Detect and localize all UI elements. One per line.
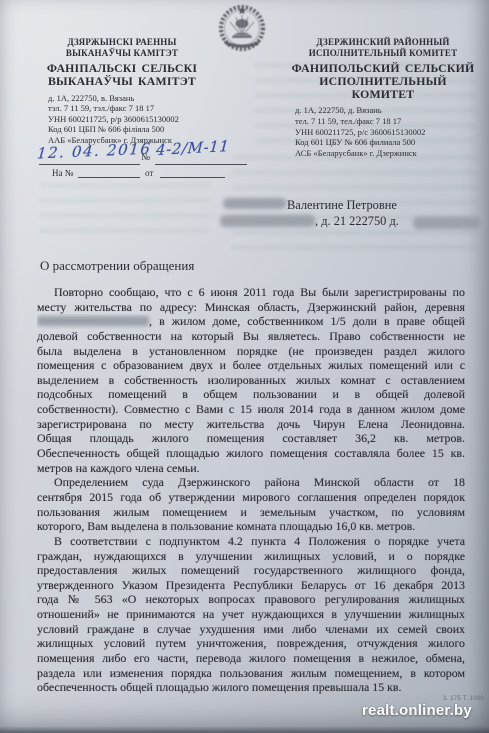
body-line: обеспеченность общей площадью жилого пом… <box>37 680 465 695</box>
body-line: метров на каждого члена семьи. <box>37 461 465 476</box>
body-line: долевой собственности на который Вы явля… <box>37 329 465 344</box>
body-line: жилищных условий путем уничтожения, повр… <box>37 636 465 651</box>
watermark: realt.onliner.by <box>362 702 472 719</box>
body-line: выделением в собственность изолированных… <box>37 373 465 388</box>
scanned-letter: ДЗЯРЖЫНСКІ РАЕННЫ ВЫКАНАЎЧЫ КАМІТЭТ ФАНІ… <box>0 0 489 733</box>
belarus-coat-of-arms-icon <box>217 2 267 52</box>
body-line: зарегистрирована по месту жительства доч… <box>37 417 465 432</box>
body-line: пользования жилым помещением и земельным… <box>37 505 465 520</box>
date-blank-line <box>39 164 140 165</box>
subject-line: О рассмотрении обращения <box>40 258 194 274</box>
district-name-line: ДЗЯРЖЫНСКІ РАЕННЫ <box>34 37 210 48</box>
redaction-blur <box>223 198 286 209</box>
body-line: раздела или изменения порядка пользовани… <box>37 666 465 681</box>
paragraph: Определением суда Дзержинского района Ми… <box>37 475 465 534</box>
district-name-line: ВЫКАНАЎЧЫ КАМІТЭТ <box>34 48 210 59</box>
redaction-blur <box>413 217 481 229</box>
org-name-line: ФАНІПАЛЬСКІ СЕЛЬСКІ <box>34 62 210 75</box>
body-line: месту жительства по адресу: Минская обла… <box>37 300 465 315</box>
body-line: года № 563 «О некоторых вопросах правово… <box>37 592 465 607</box>
address-line: Код 601 ЦБУ № 606 филиала 500 <box>295 137 480 148</box>
body-line: В соответствии с подпунктом 4.2 пункта 4… <box>37 534 465 549</box>
number-blank-line <box>155 164 247 165</box>
body-line: Общая площадь жилого помещения составляе… <box>37 431 465 446</box>
body-line: предоставления жилых помещений государст… <box>37 563 465 578</box>
addressee-address: , д. 21 222750 д. <box>315 214 399 229</box>
address-line: АСБ «Беларусбанк» г. Дзержинск <box>295 148 480 159</box>
redaction-blur <box>220 215 315 227</box>
body-line: утвержденного Указом Президента Республи… <box>37 578 465 593</box>
reply-to-label: На № <box>52 168 73 178</box>
body-line: Определением суда Дзержинского района Ми… <box>37 475 465 490</box>
body-line: Обеспеченность общей площадью жилого пом… <box>37 446 465 461</box>
body-line: , в жилом доме, собственником 1/5 доли в… <box>37 314 465 329</box>
address-line: УНН 600211725, р/с 3600615130002 <box>295 127 480 138</box>
address-line: тэл. 7 11 59, тэл./факс 7 18 17 <box>48 103 210 114</box>
body-line: собственности). Совместно с Вами с 15 ию… <box>37 402 465 417</box>
from-label: от <box>145 168 153 178</box>
body-line: помещения с образованием двух и более от… <box>37 358 465 373</box>
letterhead-left: ДЗЯРЖЫНСКІ РАЕННЫ ВЫКАНАЎЧЫ КАМІТЭТ ФАНІ… <box>34 37 210 146</box>
body-line: подсобных помещений в общем пользовании … <box>37 387 465 402</box>
addressee-name: Валентине Петровне <box>287 198 397 213</box>
letter-body: Повторно сообщаю, что с 6 июня 2011 года… <box>37 285 465 695</box>
number-sign: № <box>141 153 150 163</box>
handwritten-date: 12. 04. 2016 <box>36 139 152 162</box>
address-line: д. 1А, 222750, в. Вязань <box>48 93 210 104</box>
address-line: Код 601 ЦБП № 606 філіяла 500 <box>48 124 210 135</box>
redaction-blur <box>37 316 149 326</box>
org-name-line: ВЫКАНАЎЧЫ КАМІТЭТ <box>34 75 210 88</box>
address-line: УНН 600211725, р/р 3600615130002 <box>48 114 210 125</box>
body-line: Повторно сообщаю, что с 6 июня 2011 года… <box>37 285 465 300</box>
bleed-through-texture <box>40 178 210 238</box>
from-date-blank-line <box>160 177 225 178</box>
paragraph: Повторно сообщаю, что с 6 июня 2011 года… <box>37 285 465 475</box>
org-name-line: ФАНИПОЛЬСКИЙ СЕЛЬСКИЙ <box>286 62 480 75</box>
address-line: тел. 7 11 59, тел./факс 7 18 17 <box>295 116 480 127</box>
body-line: была выделена в установленном порядке (н… <box>37 344 465 359</box>
body-line: условий граждане в случае ухудшения ими … <box>37 622 465 637</box>
body-line: помещения либо его части, перевода жилог… <box>37 651 465 666</box>
district-name-line: ДЗЕРЖИНСКИЙ РАЙОННЫЙ <box>286 37 480 48</box>
body-line: которого, Вам выделена в пользование ком… <box>37 519 465 534</box>
org-name-line: ИСПОЛНИТЕЛЬНЫЙ КОМИТЕТ <box>286 75 480 101</box>
district-name-line: ИСПОЛНИТЕЛЬНЫЙ КОМИТЕТ <box>286 48 480 59</box>
address-line: д. 1А, 222750, д. Вязань <box>295 105 480 116</box>
letterhead-right: ДЗЕРЖИНСКИЙ РАЙОННЫЙ ИСПОЛНИТЕЛЬНЫЙ КОМИ… <box>286 37 480 158</box>
handwritten-number: 4-2/М-11 <box>155 137 230 159</box>
reply-number-blank-line <box>78 177 140 178</box>
body-line: отношений» не принимаются на учет нуждаю… <box>37 607 465 622</box>
paragraph: В соответствии с подпунктом 4.2 пункта 4… <box>37 534 465 695</box>
body-line: граждан, нуждающихся в улучшении жилищны… <box>37 549 465 564</box>
body-line: сентября 2015 года об утверждении мирово… <box>37 490 465 505</box>
